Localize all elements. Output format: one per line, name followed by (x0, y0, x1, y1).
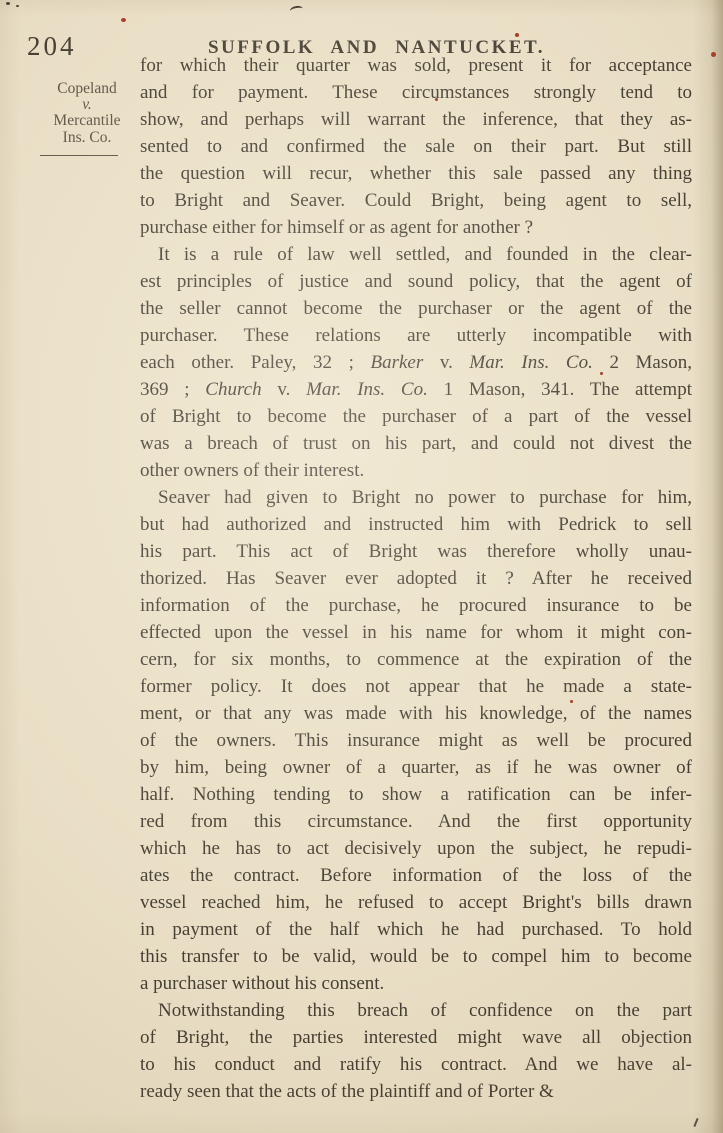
text-line: purchaser. These relations are utterly i… (140, 322, 692, 349)
text-line: effected upon the vessel in his name for… (140, 619, 692, 646)
paper-speck (16, 5, 19, 7)
text-line: a purchaser without his consent. (140, 970, 692, 997)
margin-note-line: v. (36, 98, 138, 112)
text-line: 369 ; Church v. Mar. Ins. Co. 1 Mason, 3… (140, 376, 692, 403)
text-line: sented to and confirmed the sale on thei… (140, 133, 692, 160)
paper-speck (711, 52, 716, 57)
text-line: of Bright, the parties interested might … (140, 1024, 692, 1051)
text-line: in payment of the half which he had purc… (140, 916, 692, 943)
margin-note-line: Copeland (57, 80, 116, 97)
text-line: Seaver had given to Bright no power to p… (140, 484, 692, 511)
text-line: but had authorized and instructed him wi… (140, 511, 692, 538)
text-line: by him, being owner of a quarter, as if … (140, 754, 692, 781)
text-line: the question will recur, whether this sa… (140, 160, 692, 187)
text-line: to his conduct and ratify his contract. … (140, 1051, 692, 1078)
text-line: other owners of their interest. (140, 457, 692, 484)
text-line: ready seen that the acts of the plaintif… (140, 1078, 692, 1105)
text-line: for which their quarter was sold, presen… (140, 52, 692, 79)
text-line: half. Nothing tending to show a ratifica… (140, 781, 692, 808)
text-line: of Bright to become the purchaser of a p… (140, 403, 692, 430)
text-line: this transfer to be valid, would be to c… (140, 943, 692, 970)
margin-note-rule (40, 155, 118, 156)
case-margin-note: Copeland v. Mercantile Ins. Co. (36, 80, 138, 147)
text-line: thorized. Has Seaver ever adopted it ? A… (140, 565, 692, 592)
text-line: the seller cannot become the purchaser o… (140, 295, 692, 322)
text-line: est principles of justice and sound poli… (140, 268, 692, 295)
text-line: ates the contract. Before information of… (140, 862, 692, 889)
text-line: purchase either for himself or as agent … (140, 214, 692, 241)
text-line: information of the purchase, he procured… (140, 592, 692, 619)
scanned-book-page: 204 SUFFOLK AND NANTUCKET. Copeland v. M… (0, 0, 723, 1133)
margin-note-line: Mercantile (53, 112, 120, 129)
text-line: to Bright and Seaver. Could Bright, bein… (140, 187, 692, 214)
text-line: It is a rule of law well settled, and fo… (140, 241, 692, 268)
stray-ink-mark (693, 1118, 698, 1127)
text-line: each other. Paley, 32 ; Barker v. Mar. I… (140, 349, 692, 376)
text-line: Notwithstanding this breach of confidenc… (140, 997, 692, 1024)
body-text: for which their quarter was sold, presen… (140, 52, 692, 1105)
text-line: and for payment. These circumstances str… (140, 79, 692, 106)
pencil-squiggle-mark (289, 5, 303, 15)
text-line: of the owners. This insurance might as w… (140, 727, 692, 754)
text-line: was a breach of trust on his part, and c… (140, 430, 692, 457)
text-line: show, and perhaps will warrant the infer… (140, 106, 692, 133)
text-line: his part. This act of Bright was therefo… (140, 538, 692, 565)
text-line: which he has to act decisively upon the … (140, 835, 692, 862)
text-line: former policy. It does not appear that h… (140, 673, 692, 700)
text-line: ment, or that any was made with his know… (140, 700, 692, 727)
paper-speck (121, 18, 126, 22)
text-line: cern, for six months, to commence at the… (140, 646, 692, 673)
page-number: 204 (27, 31, 77, 62)
text-line: vessel reached him, he refused to accept… (140, 889, 692, 916)
paper-speck (6, 2, 10, 5)
text-line: red from this circumstance. And the firs… (140, 808, 692, 835)
margin-note-line: Ins. Co. (63, 129, 112, 146)
